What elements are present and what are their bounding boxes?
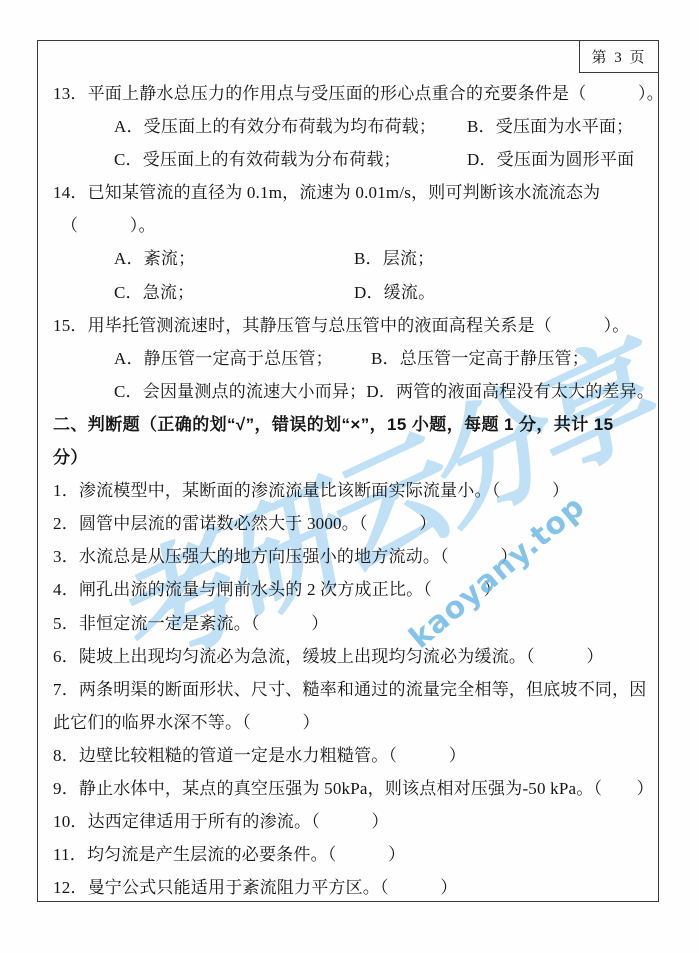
question-14-stem-parens: （ ）。	[53, 209, 648, 242]
question-15-options-ab: A．静压管一定高于总压管；B．总压管一定高于静压管；	[53, 342, 648, 375]
question-14-option-d: D．缓流。	[354, 283, 435, 302]
question-15-options-cd: C．会因量测点的流速大小而异；D．两管的液面高程没有太大的差异。	[53, 375, 648, 408]
question-13-option-b: B．受压面为水平面；	[467, 117, 633, 136]
document-page: 考研云分享 第 3 页 13．平面上静水总压力的作用点与受压面的形心点重合的充要…	[0, 0, 699, 953]
question-13-stem: 13．平面上静水总压力的作用点与受压面的形心点重合的充要条件是（ ）。	[53, 77, 648, 110]
question-14-stem: 14．已知某管流的直径为 0.1m，流速为 0.01m/s，则可判断该水流流态为	[53, 176, 648, 209]
question-14-option-c: C．急流；	[114, 276, 354, 309]
question-15-option-a: A．静压管一定高于总压管；	[114, 342, 371, 375]
question-15-stem: 15．用毕托管测流速时，其静压管与总压管中的液面高程关系是（ ）。	[53, 309, 648, 342]
judge-item-9: 9．静止水体中，某点的真空压强为 50kPa，则该点相对压强为-50 kPa。（…	[53, 772, 648, 805]
question-13-options-ab: A．受压面上的有效分布荷载为均布荷载；B．受压面为水平面；	[53, 110, 648, 143]
question-13-option-d: D．受压面为圆形平面	[467, 150, 634, 169]
judge-section-header-line1: 二、判断题（正确的划“√”，错误的划“×”，15 小题，每题 1 分，共计 15	[53, 408, 648, 441]
page-border-frame: 第 3 页 13．平面上静水总压力的作用点与受压面的形心点重合的充要条件是（ ）…	[37, 40, 659, 902]
judge-item-2: 2．圆管中层流的雷诺数必然大于 3000。（ ）	[53, 507, 648, 540]
question-13-option-a: A．受压面上的有效分布荷载为均布荷载；	[114, 110, 467, 143]
question-13-option-c: C．受压面上的有效荷载为分布荷载；	[114, 143, 467, 176]
judge-item-6: 6．陡坡上出现均匀流必为急流，缓坡上出现均匀流必为缓流。（ ）	[53, 640, 648, 673]
question-14-option-a: A．紊流；	[114, 242, 354, 275]
judge-item-5: 5．非恒定流一定是紊流。（ ）	[53, 607, 648, 640]
exam-content: 13．平面上静水总压力的作用点与受压面的形心点重合的充要条件是（ ）。 A．受压…	[38, 41, 658, 901]
judge-item-10: 10．达西定律适用于所有的渗流。（ ）	[53, 805, 648, 838]
question-13-options-cd: C．受压面上的有效荷载为分布荷载；D．受压面为圆形平面	[53, 143, 648, 176]
question-14-options-cd: C．急流；D．缓流。	[53, 276, 648, 309]
judge-item-8: 8．边壁比较粗糙的管道一定是水力粗糙管。（ ）	[53, 739, 648, 772]
judge-item-7-line2: 此它们的临界水深不等。（ ）	[53, 706, 648, 739]
judge-item-1: 1．渗流模型中，某断面的渗流流量比该断面实际流量小。（ ）	[53, 474, 648, 507]
judge-item-11: 11．均匀流是产生层流的必要条件。（ ）	[53, 838, 648, 871]
judge-item-4: 4．闸孔出流的流量与闸前水头的 2 次方成正比。（ ）	[53, 573, 648, 606]
judge-item-3: 3．水流总是从压强大的地方向压强小的地方流动。（ ）	[53, 540, 648, 573]
judge-section-header-line2: 分）	[53, 441, 648, 474]
question-14-options-ab: A．紊流；B．层流；	[53, 242, 648, 275]
judge-item-7-line1: 7．两条明渠的断面形状、尺寸、糙率和通过的流量完全相等，但底坡不同，因	[53, 673, 648, 706]
judge-item-12: 12．曼宁公式只能适用于紊流阻力平方区。（ ）	[53, 871, 648, 904]
question-14-option-b: B．层流；	[354, 249, 434, 268]
question-15-option-b: B．总压管一定高于静压管；	[371, 349, 589, 368]
